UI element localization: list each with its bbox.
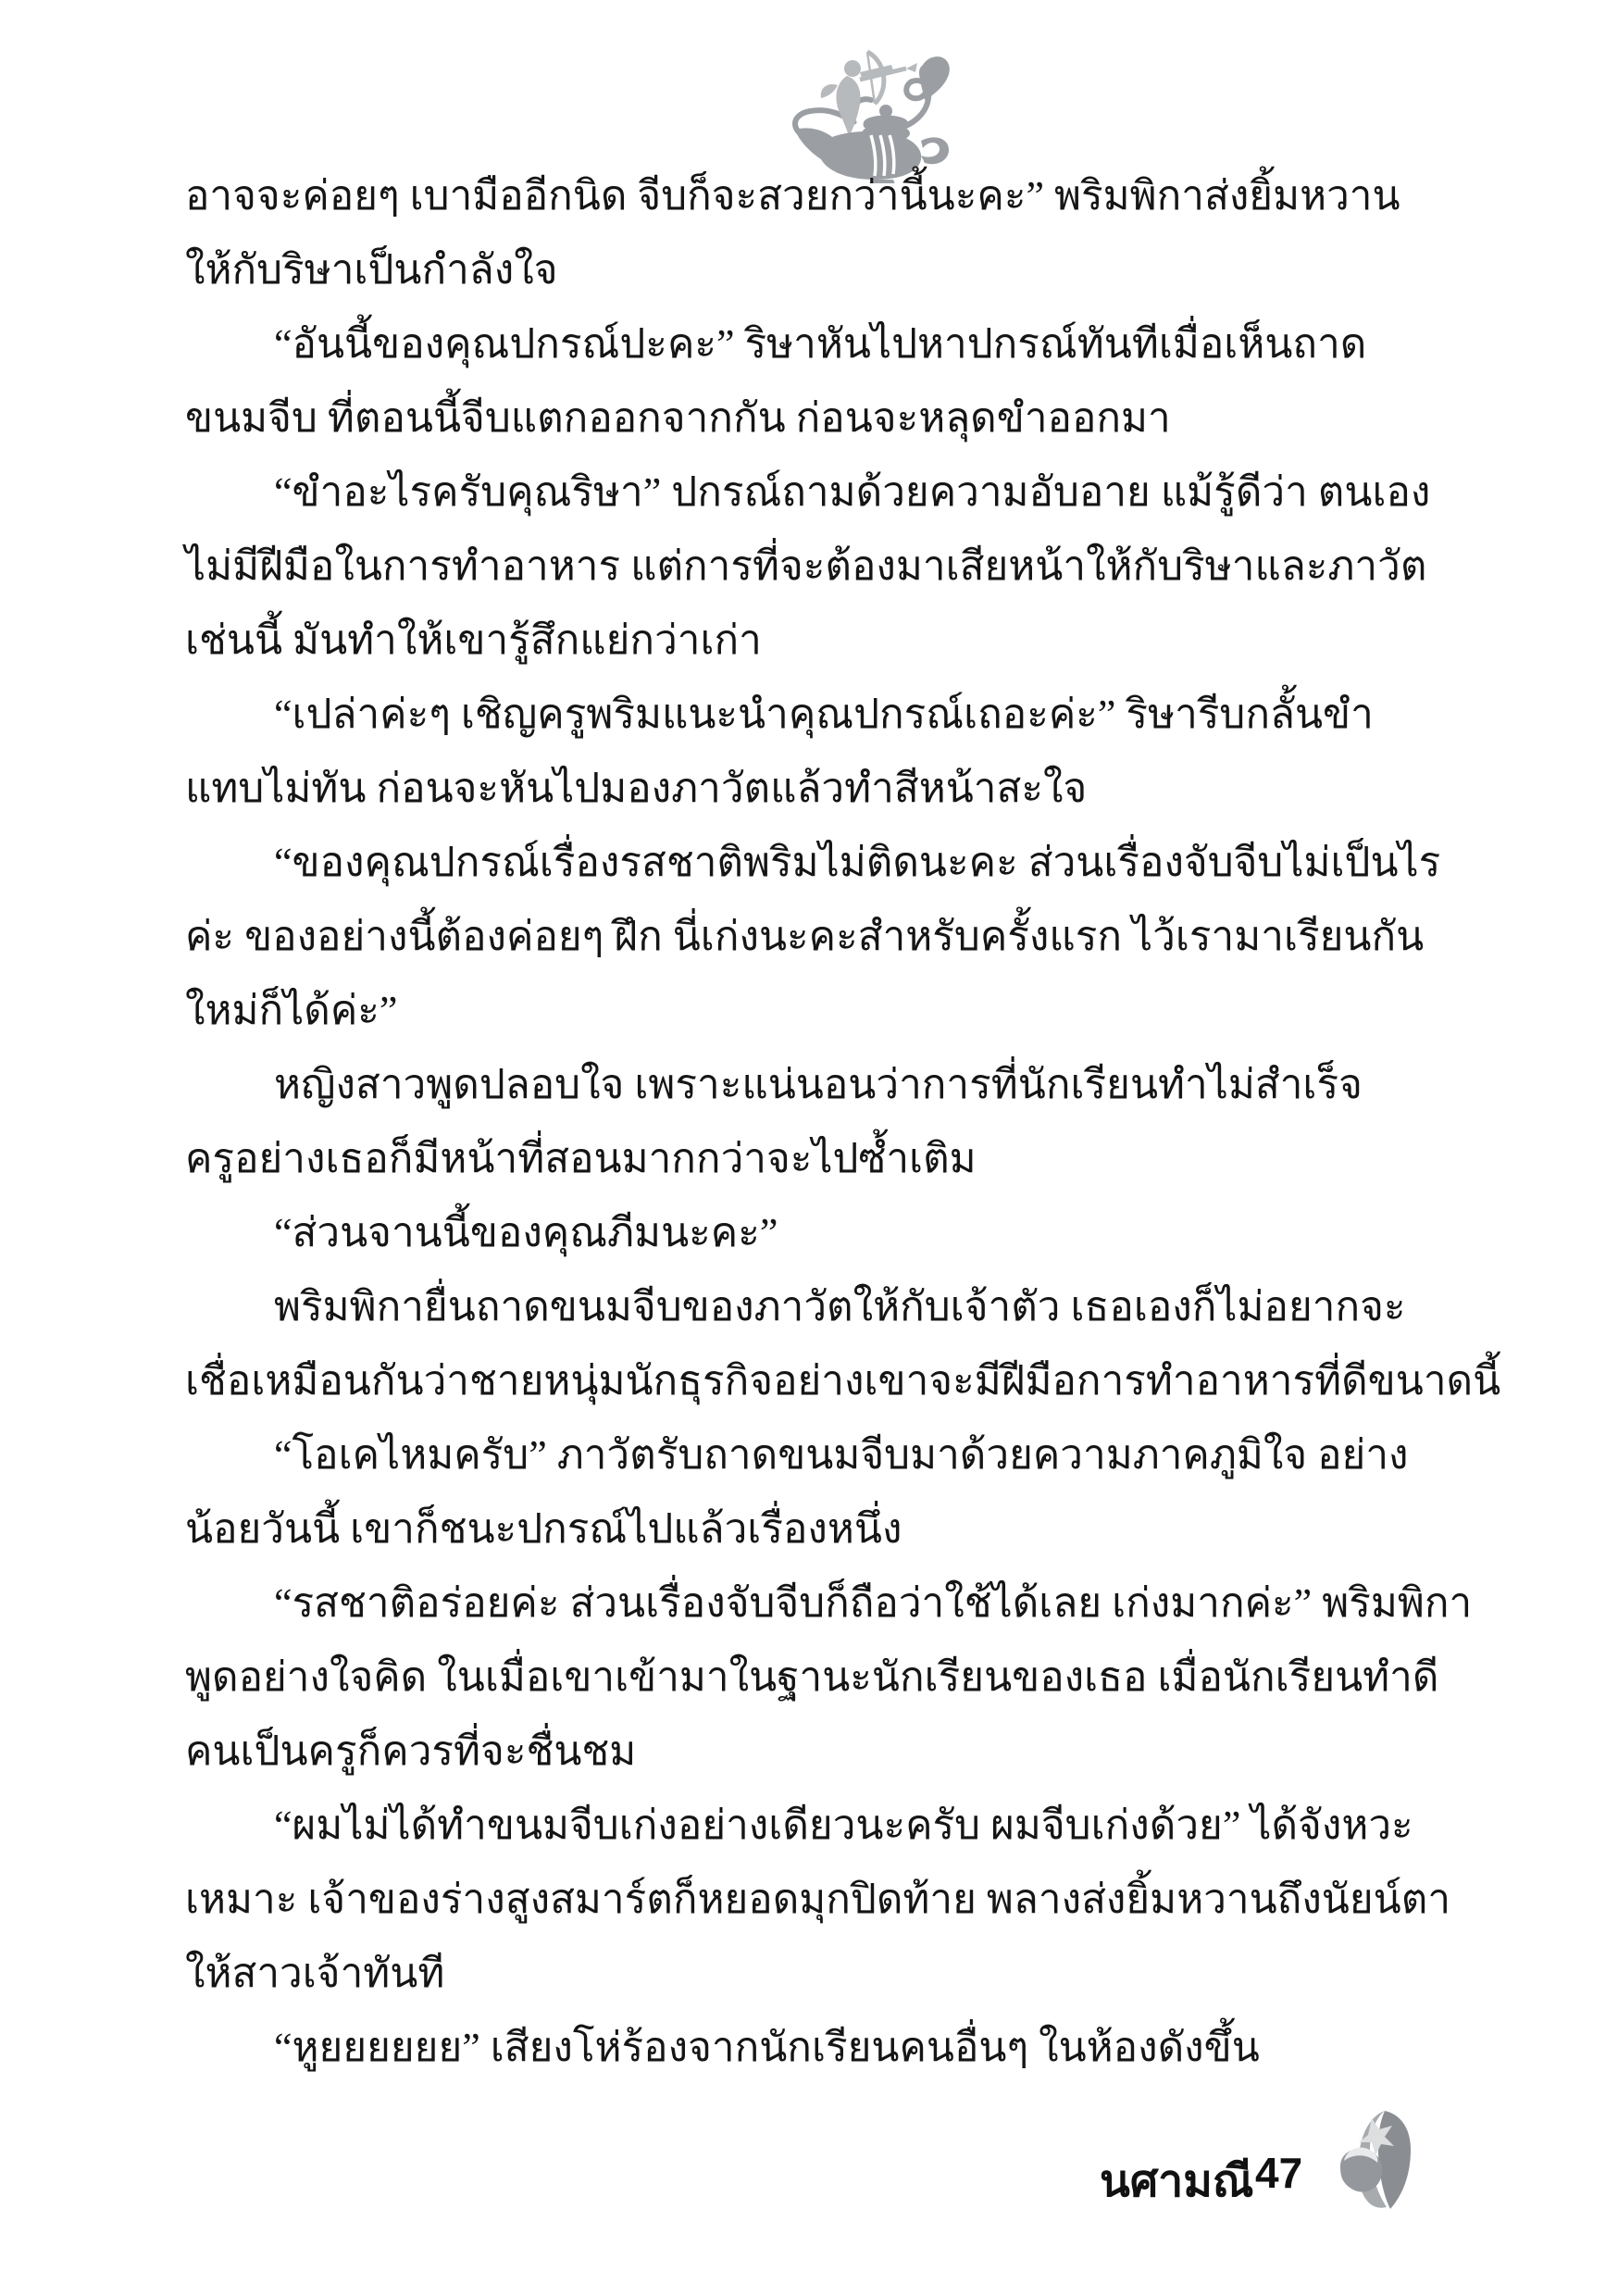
text-line: แทบไม่ทัน ก่อนจะหันไปมองภาวัตแล้วทำสีหน้… [185, 752, 1481, 826]
text-line: “อันนี้ของคุณปกรณ์ปะคะ” ริษาหันไปหาปกรณ์… [185, 307, 1481, 381]
text-line: “โอเคไหมครับ” ภาวัตรับถาดขนมจีบมาด้วยควา… [185, 1418, 1481, 1492]
footer-book-title: นศามณี [1100, 2146, 1253, 2216]
text-line: ครูอย่างเธอก็มีหน้าที่สอนมากกว่าจะไปซ้ำเ… [185, 1122, 1481, 1196]
text-line: ค่ะ ของอย่างนี้ต้องค่อยๆ ฝึก นี่เก่งนะคะ… [185, 900, 1481, 974]
drape-shape [1378, 2111, 1411, 2209]
text-line: “รสชาติอร่อยค่ะ ส่วนเรื่องจับจีบก็ถือว่า… [185, 1566, 1481, 1641]
text-line: ใหม่ก็ได้ค่ะ” [185, 974, 1481, 1048]
text-line: พริมพิกายื่นถาดขนมจีบของภาวัตให้กับเจ้าต… [185, 1270, 1481, 1344]
text-line: ไม่มีฝีมือในการทำอาหาร แต่การที่จะต้องมา… [185, 530, 1481, 604]
page-footer: นศามณี 47 [0, 2129, 1618, 2240]
genie-figure-ornament [1331, 2109, 1416, 2213]
text-line: คนเป็นครูก็ควรที่จะชื่นชม [185, 1715, 1481, 1789]
footer-page-number: 47 [1255, 2148, 1302, 2198]
text-line: เช่นนี้ มันทำให้เขารู้สึกแย่กว่าเก่า [185, 604, 1481, 678]
text-line: “ขำอะไรครับคุณริษา” ปกรณ์ถามด้วยความอับอ… [185, 455, 1481, 530]
genie-figure-icon [1331, 2109, 1416, 2213]
text-line: หญิงสาวพูดปลอบใจ เพราะแน่นอนว่าการที่นัก… [185, 1048, 1481, 1122]
text-line: “ส่วนจานนี้ของคุณภีมนะคะ” [185, 1196, 1481, 1270]
text-line: เชื่อเหมือนกันว่าชายหนุ่มนักธุรกิจอย่างเ… [185, 1344, 1481, 1418]
text-line: “ของคุณปกรณ์เรื่องรสชาติพริมไม่ติดนะคะ ส… [185, 826, 1481, 900]
text-line: “ผมไม่ได้ทำขนมจีบเก่งอย่างเดียวนะครับ ผม… [185, 1789, 1481, 1863]
text-line: ขนมจีบ ที่ตอนนี้จีบแตกออกจากกัน ก่อนจะหล… [185, 381, 1481, 455]
text-line: อาจจะค่อยๆ เบามืออีกนิด จีบก็จะสวยกว่านี… [185, 159, 1481, 233]
text-line: ให้สาวเจ้าทันที [185, 1937, 1481, 2011]
text-line: เหมาะ เจ้าของร่างสูงสมาร์ตก็หยอดมุกปิดท้… [185, 1863, 1481, 1937]
page-text-block: อาจจะค่อยๆ เบามืออีกนิด จีบก็จะสวยกว่านี… [185, 159, 1481, 2085]
text-line: ให้กับริษาเป็นกำลังใจ [185, 233, 1481, 307]
text-line: “เปล่าค่ะๆ เชิญครูพริมแนะนำคุณปกรณ์เถอะค… [185, 678, 1481, 752]
text-line: น้อยวันนี้ เขาก็ชนะปกรณ์ไปแล้วเรื่องหนึ่… [185, 1492, 1481, 1566]
text-line: “หูยยยยยย” เสียงโห่ร้องจากนักเรียนคนอื่น… [185, 2011, 1481, 2085]
text-line: พูดอย่างใจคิด ในเมื่อเขาเข้ามาในฐานะนักเ… [185, 1641, 1481, 1715]
heart-icon [919, 56, 950, 100]
book-page: อาจจะค่อยๆ เบามืออีกนิด จีบก็จะสวยกว่านี… [0, 0, 1618, 2296]
